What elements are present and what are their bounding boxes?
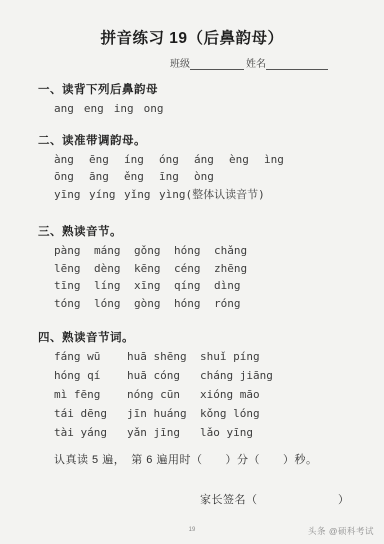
pinyin-syllable: īng bbox=[159, 169, 194, 185]
class-name-line: 班级姓名 bbox=[170, 55, 384, 69]
pinyin-syllable: dìng bbox=[214, 278, 254, 294]
pinyin-row: àngēngíngóngángèngìng bbox=[54, 152, 374, 168]
pinyin-syllable: ōng bbox=[54, 169, 89, 185]
pinyin-syllable: céng bbox=[174, 261, 214, 277]
pinyin-syllable: máng bbox=[94, 243, 134, 259]
pinyin-syllable: tái dēng bbox=[54, 406, 127, 423]
name-label: 姓名 bbox=[246, 59, 266, 70]
pinyin-syllable: ing bbox=[114, 101, 134, 117]
pinyin-row: hóng qíhuā cóngcháng jiāng bbox=[54, 368, 374, 385]
pinyin-syllable: chǎng bbox=[214, 243, 254, 259]
worksheet-section: 二、读准带调韵母。àngēngíngóngángèngìngōngāngěngī… bbox=[38, 132, 374, 203]
pinyin-row: tài yángyǎn jīnglǎo yīng bbox=[54, 425, 374, 442]
pinyin-syllable: òng bbox=[194, 169, 229, 185]
pinyin-syllable: xióng māo bbox=[200, 387, 273, 404]
pinyin-syllable: qíng bbox=[174, 278, 214, 294]
page-title: 拼音练习 19（后鼻韵母） bbox=[0, 26, 384, 48]
pinyin-syllable: eng bbox=[84, 101, 104, 117]
watermark: 头条 @硕科考试 bbox=[308, 525, 374, 537]
section-heading: 三、熟读音节。 bbox=[38, 223, 374, 239]
pinyin-syllable: íng bbox=[124, 152, 159, 168]
section-heading: 四、熟读音节词。 bbox=[38, 329, 374, 345]
pinyin-syllable: yìng(整体认读音节) bbox=[159, 187, 265, 203]
pinyin-syllable: pàng bbox=[54, 243, 94, 259]
pinyin-row: mì fēngnóng cūnxióng māo bbox=[54, 387, 374, 404]
pinyin-syllable: lǎo yīng bbox=[200, 425, 273, 442]
pinyin-syllable: fáng wū bbox=[54, 349, 127, 366]
pinyin-syllable: áng bbox=[194, 152, 229, 168]
worksheet-section: 一、读背下列后鼻韵母angengingong bbox=[38, 81, 374, 117]
pinyin-syllable: àng bbox=[54, 152, 89, 168]
pinyin-syllable: āng bbox=[89, 169, 124, 185]
pinyin-row: fáng wūhuā shēngshuǐ píng bbox=[54, 349, 374, 366]
worksheet-section: 三、熟读音节。pàngmánggǒnghóngchǎnglēngdèngkēng… bbox=[38, 223, 374, 311]
pinyin-row: tónglónggònghóngróng bbox=[54, 296, 374, 312]
pinyin-syllable: róng bbox=[214, 296, 254, 312]
pinyin-syllable: ìng bbox=[264, 152, 299, 168]
pinyin-syllable: hóng qí bbox=[54, 368, 127, 385]
pinyin-row: tīnglíngxīngqíngdìng bbox=[54, 278, 374, 294]
pinyin-syllable: yǎn jīng bbox=[127, 425, 200, 442]
pinyin-syllable: èng bbox=[229, 152, 264, 168]
pinyin-syllable: líng bbox=[94, 278, 134, 294]
pinyin-row: angengingong bbox=[54, 101, 374, 117]
pinyin-row: ōngāngěngīngòng bbox=[54, 169, 374, 185]
section-heading: 一、读背下列后鼻韵母 bbox=[38, 81, 374, 97]
pinyin-row: pàngmánggǒnghóngchǎng bbox=[54, 243, 374, 259]
pinyin-syllable: jīn huáng bbox=[127, 406, 200, 423]
pinyin-syllable: ang bbox=[54, 101, 74, 117]
pinyin-syllable: shuǐ píng bbox=[200, 349, 273, 366]
pinyin-syllable: yíng bbox=[89, 187, 124, 203]
pinyin-syllable: kēng bbox=[134, 261, 174, 277]
pinyin-syllable: huā cóng bbox=[127, 368, 200, 385]
pinyin-syllable: gòng bbox=[134, 296, 174, 312]
pinyin-syllable: ěng bbox=[124, 169, 159, 185]
sections: 一、读背下列后鼻韵母angengingong二、读准带调韵母。àngēngíng… bbox=[38, 81, 374, 442]
pinyin-syllable: yīng bbox=[54, 187, 89, 203]
parent-signature-line: 家长签名（ ） bbox=[200, 491, 384, 507]
pinyin-syllable: tīng bbox=[54, 278, 94, 294]
pinyin-syllable: mì fēng bbox=[54, 387, 127, 404]
pinyin-syllable: tài yáng bbox=[54, 425, 127, 442]
pinyin-syllable: gǒng bbox=[134, 243, 174, 259]
pinyin-syllable: dèng bbox=[94, 261, 134, 277]
pinyin-syllable: hóng bbox=[174, 296, 214, 312]
section-heading: 二、读准带调韵母。 bbox=[38, 132, 374, 148]
pinyin-syllable: kǒng lóng bbox=[200, 406, 273, 423]
pinyin-syllable: hóng bbox=[174, 243, 214, 259]
pinyin-row: tái dēngjīn huángkǒng lóng bbox=[54, 406, 374, 423]
worksheet-page: 拼音练习 19（后鼻韵母） 班级姓名 一、读背下列后鼻韵母angengingon… bbox=[0, 0, 384, 544]
worksheet-section: 四、熟读音节词。fáng wūhuā shēngshuǐ pínghóng qí… bbox=[38, 329, 374, 442]
pinyin-syllable: tóng bbox=[54, 296, 94, 312]
pinyin-syllable: xīng bbox=[134, 278, 174, 294]
pinyin-syllable: ēng bbox=[89, 152, 124, 168]
pinyin-syllable: zhēng bbox=[214, 261, 254, 277]
page-number: 19 bbox=[189, 527, 196, 533]
pinyin-syllable: yǐng bbox=[124, 187, 159, 203]
pinyin-syllable: nóng cūn bbox=[127, 387, 200, 404]
pinyin-syllable: óng bbox=[159, 152, 194, 168]
name-blank-line bbox=[266, 60, 328, 70]
pinyin-syllable: cháng jiāng bbox=[200, 368, 273, 385]
pinyin-row: yīngyíngyǐngyìng(整体认读音节) bbox=[54, 187, 374, 203]
class-blank-line bbox=[190, 60, 244, 70]
pinyin-syllable: lóng bbox=[94, 296, 134, 312]
read-instruction-line: 认真读 5 遍， 第 6 遍用时（ ）分（ ）秒。 bbox=[54, 451, 384, 467]
pinyin-syllable: lēng bbox=[54, 261, 94, 277]
pinyin-syllable: ong bbox=[144, 101, 164, 117]
class-label: 班级 bbox=[170, 59, 190, 70]
pinyin-syllable: huā shēng bbox=[127, 349, 200, 366]
pinyin-row: lēngdèngkēngcéngzhēng bbox=[54, 261, 374, 277]
